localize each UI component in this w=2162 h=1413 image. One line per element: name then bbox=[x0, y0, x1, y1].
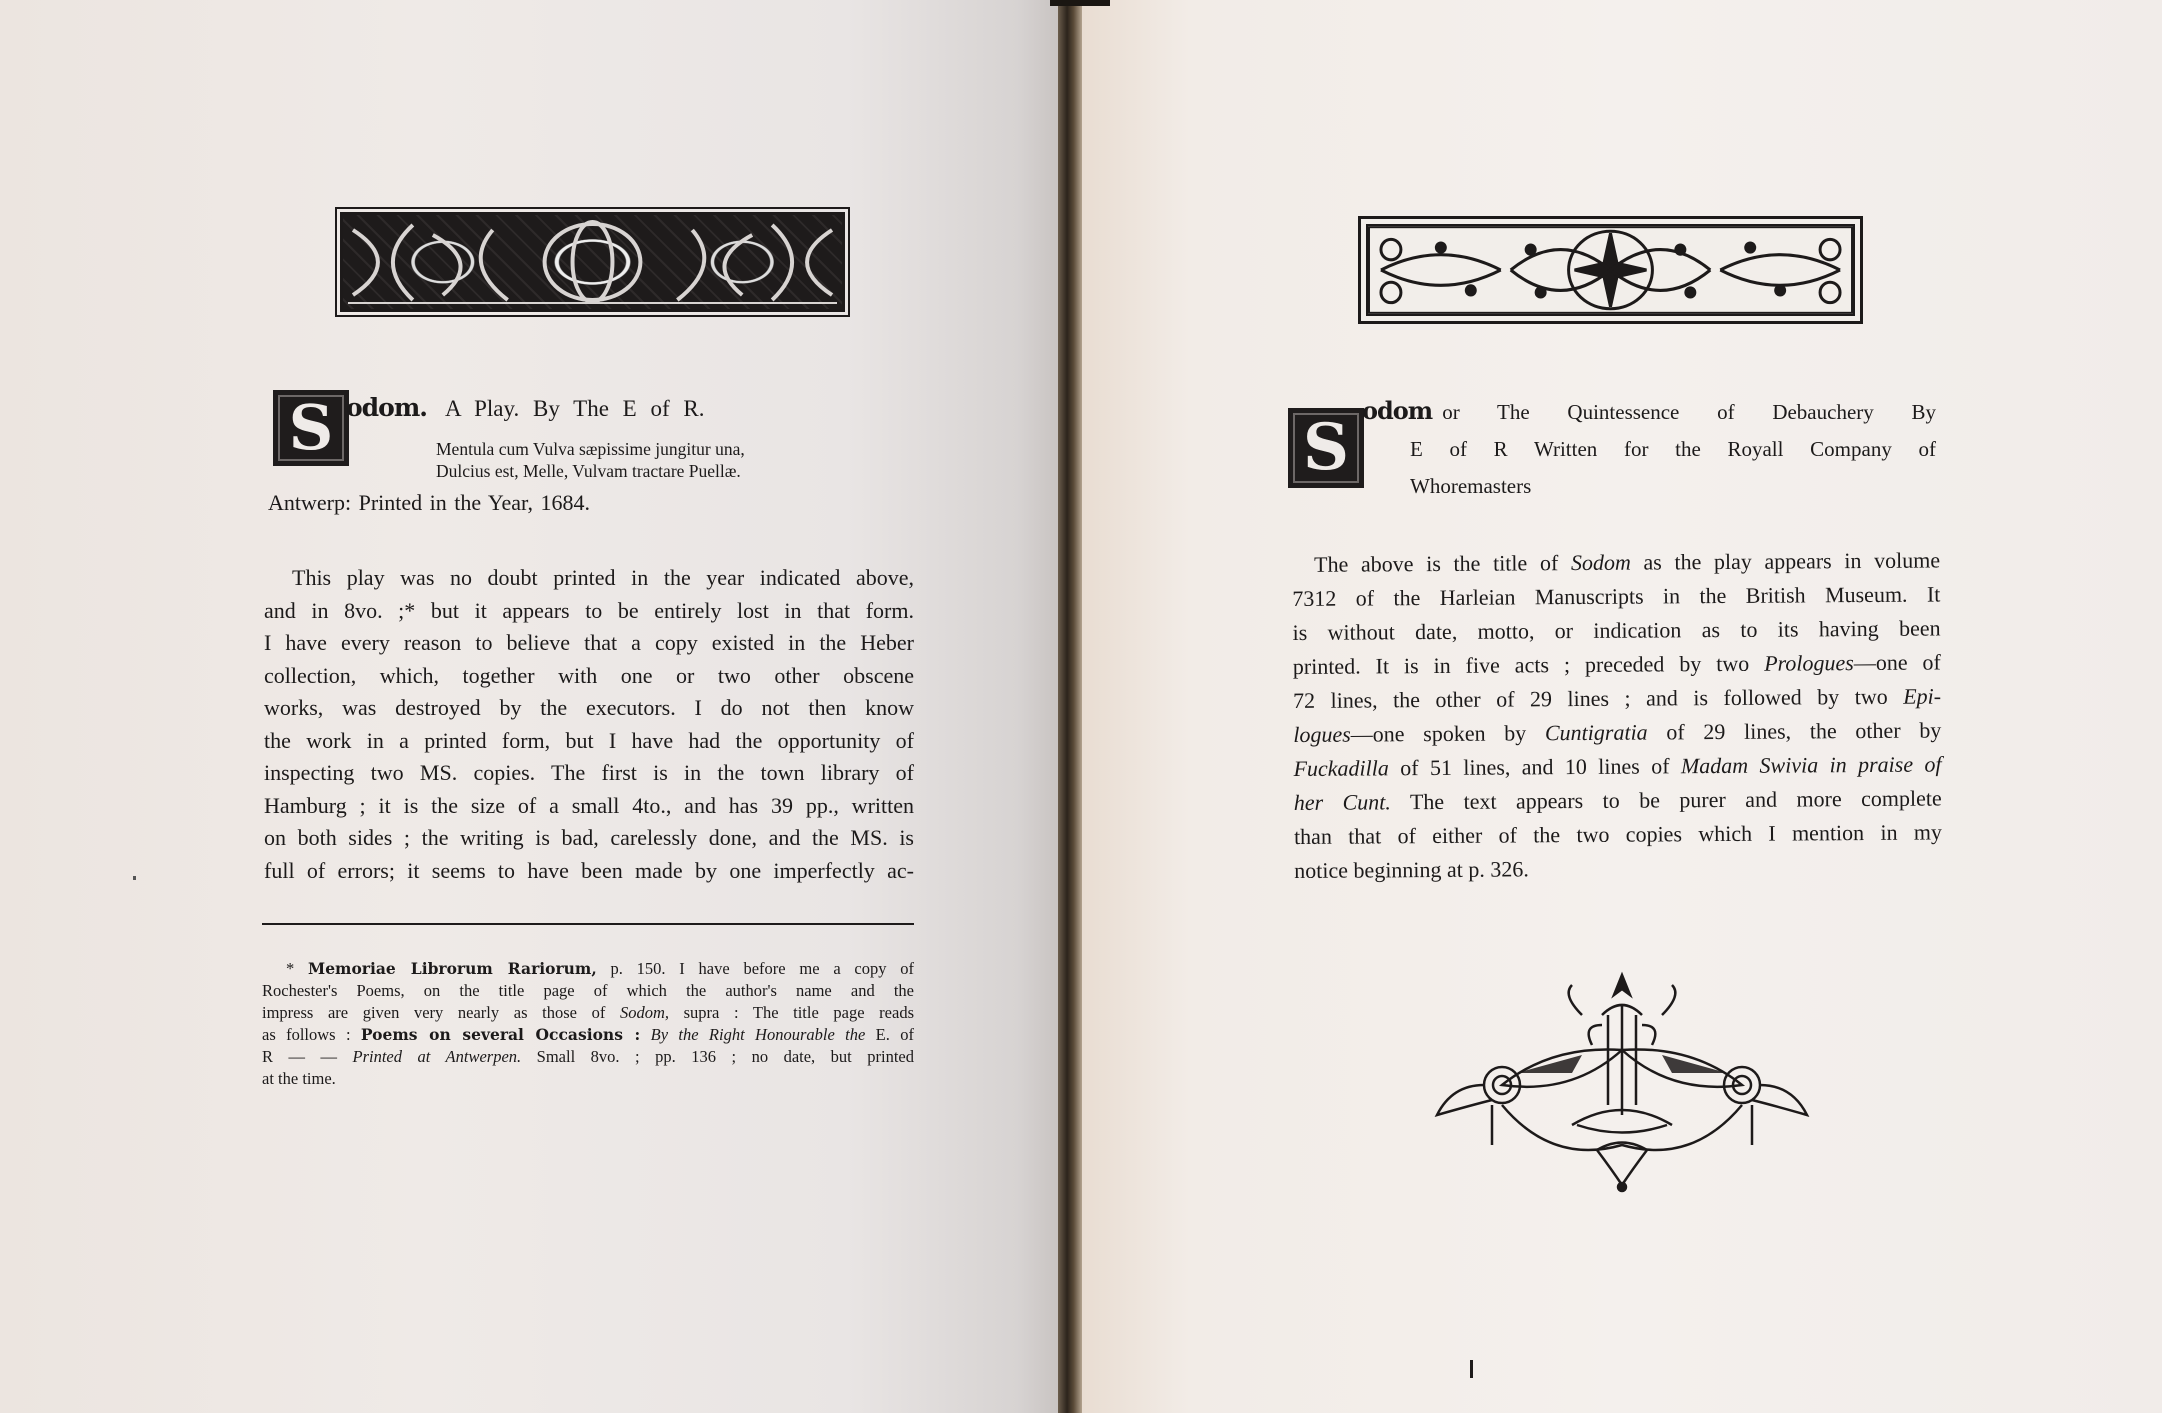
text-line: Hamburg ; it is the size of a small 4to.… bbox=[264, 790, 914, 823]
footnote-blackletter: Memoriae Librorum Rariorum, bbox=[308, 959, 597, 978]
italic-text: Cuntigratia bbox=[1545, 720, 1648, 746]
left-body-paragraph: This play was no doubt printed in the ye… bbox=[264, 562, 914, 887]
play-title: odom.A Play. By The E of R. bbox=[346, 393, 704, 422]
title-rest: A Play. By The E of R. bbox=[445, 396, 704, 421]
interlace-headpiece-icon bbox=[340, 212, 845, 312]
title-line: Whoremasters bbox=[1362, 468, 1936, 505]
italic-text: Epi- bbox=[1903, 683, 1941, 708]
page-mark bbox=[1470, 1360, 1473, 1378]
text-line: notice beginning at p. 326. bbox=[1294, 849, 1942, 888]
text-line: than that of either of the two copies wh… bbox=[1294, 815, 1942, 854]
title-line: E of R Written for the Royall Company of bbox=[1362, 431, 1936, 468]
footnote-text: p. 150. I have before me a copy of bbox=[597, 959, 914, 978]
motto-line: Dulcius est, Melle, Vulvam tractare Puel… bbox=[436, 460, 745, 482]
motto-line: Mentula cum Vulva sæpissime jungitur una… bbox=[436, 438, 745, 460]
text-line: and in 8vo. ;* but it appears to be enti… bbox=[264, 595, 914, 628]
binding-corner bbox=[1050, 0, 1110, 6]
footnote-italic: By the Right Honourable the bbox=[640, 1025, 865, 1044]
text: —one spoken by bbox=[1351, 720, 1545, 746]
text: printed. It is in five acts ; preceded b… bbox=[1293, 651, 1765, 679]
footnote-text: supra : The title page reads bbox=[669, 1003, 914, 1022]
illuminated-initial-s: S bbox=[273, 390, 349, 466]
text: 72 lines, the other of 29 lines ; and is… bbox=[1293, 684, 1903, 713]
text: of 51 lines, and 10 lines of bbox=[1389, 753, 1681, 780]
text: as the play appears in volume bbox=[1631, 547, 1940, 574]
footnote-marker: * bbox=[286, 959, 308, 978]
footnote-rule bbox=[262, 923, 914, 925]
right-body-paragraph: The above is the title of Sodom as the p… bbox=[1292, 543, 1942, 888]
text-line: 7312 of the Harleian Manuscripts in the … bbox=[1292, 577, 1940, 616]
classical-tailpiece-icon bbox=[1432, 955, 1812, 1195]
text-line: inspecting two MS. copies. The first is … bbox=[264, 757, 914, 790]
text-line: Fuckadilla of 51 lines, and 10 lines of … bbox=[1293, 747, 1941, 786]
italic-text: logues bbox=[1293, 722, 1351, 747]
footnote-line: as follows : Poems on several Occasions … bbox=[262, 1024, 914, 1046]
text: —one of bbox=[1854, 649, 1941, 675]
text-line: The above is the title of Sodom as the p… bbox=[1292, 543, 1940, 582]
footnote-line: at the time. bbox=[262, 1068, 914, 1090]
latin-motto: Mentula cum Vulva sæpissime jungitur una… bbox=[436, 438, 745, 482]
footnote-italic: Sodom, bbox=[620, 1003, 669, 1022]
footnote-blackletter: Poems on several Occasions : bbox=[361, 1025, 640, 1044]
footnote-italic: Printed at Antwerpen. bbox=[353, 1047, 522, 1066]
paper-speck bbox=[133, 876, 136, 880]
manuscript-title: odomor The Quintessence of Debauchery By… bbox=[1362, 392, 1936, 505]
italic-text: Madam Swivia in praise of bbox=[1681, 751, 1942, 778]
text-line: collection, which, together with one or … bbox=[264, 660, 914, 693]
title-text: or The Quintessence of Debauchery By bbox=[1442, 400, 1936, 424]
italic-text: Fuckadilla bbox=[1293, 755, 1388, 781]
text-line: her Cunt. The text appears to be purer a… bbox=[1294, 781, 1942, 820]
footnote-text: Small 8vo. ; pp. 136 ; no date, but prin… bbox=[521, 1047, 914, 1066]
text-line: printed. It is in five acts ; preceded b… bbox=[1293, 645, 1941, 684]
text-line: This play was no doubt printed in the ye… bbox=[264, 562, 914, 595]
text-line: the work in a printed form, but I have h… bbox=[264, 725, 914, 758]
text-line: on both sides ; the writing is bad, care… bbox=[264, 822, 914, 855]
footnote-line: Rochester's Poems, on the title page of … bbox=[262, 980, 914, 1002]
italic-text: her Cunt. bbox=[1294, 789, 1391, 815]
footnote-line: * Memoriae Librorum Rariorum, p. 150. I … bbox=[262, 958, 914, 980]
footnote: * Memoriae Librorum Rariorum, p. 150. I … bbox=[262, 958, 914, 1090]
text-line: works, was destroyed by the executors. I… bbox=[264, 692, 914, 725]
footnote-text: R — — bbox=[262, 1047, 353, 1066]
footnote-line: impress are given very nearly as those o… bbox=[262, 1002, 914, 1024]
text-line: 72 lines, the other of 29 lines ; and is… bbox=[1293, 679, 1941, 718]
italic-text: Sodom bbox=[1571, 550, 1631, 575]
footnote-text: as follows : bbox=[262, 1025, 361, 1044]
text-line: full of errors; it seems to have been ma… bbox=[264, 855, 914, 888]
text-line: I have every reason to believe that a co… bbox=[264, 627, 914, 660]
text: of 29 lines, the other by bbox=[1648, 717, 1942, 744]
floral-headpiece-icon bbox=[1358, 216, 1863, 324]
text: The text appears to be purer and more co… bbox=[1391, 785, 1942, 814]
footnote-line: R — — Printed at Antwerpen. Small 8vo. ;… bbox=[262, 1046, 914, 1068]
title-blackletter: odom bbox=[1362, 396, 1432, 425]
imprint-line: Antwerp: Printed in the Year, 1684. bbox=[268, 490, 590, 516]
illuminated-initial-s: S bbox=[1288, 408, 1364, 488]
footnote-text: impress are given very nearly as those o… bbox=[262, 1003, 620, 1022]
footnote-text: E. of bbox=[865, 1025, 914, 1044]
text: The above is the title of bbox=[1314, 550, 1571, 577]
title-line: odomor The Quintessence of Debauchery By bbox=[1362, 392, 1936, 431]
italic-text: Prologues bbox=[1764, 650, 1854, 676]
text-line: is without date, motto, or indication as… bbox=[1292, 611, 1940, 650]
text-line: logues—one spoken by Cuntigratia of 29 l… bbox=[1293, 713, 1941, 752]
title-blackletter: odom. bbox=[346, 393, 427, 422]
book-gutter bbox=[1058, 0, 1084, 1413]
